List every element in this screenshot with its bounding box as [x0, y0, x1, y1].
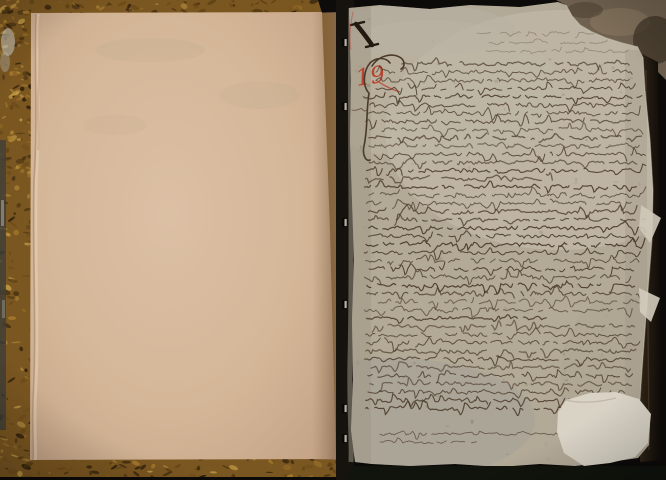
archival-scan: 19: [0, 0, 666, 480]
book-photo: 19: [0, 0, 666, 480]
photo-vignette: [0, 0, 666, 480]
